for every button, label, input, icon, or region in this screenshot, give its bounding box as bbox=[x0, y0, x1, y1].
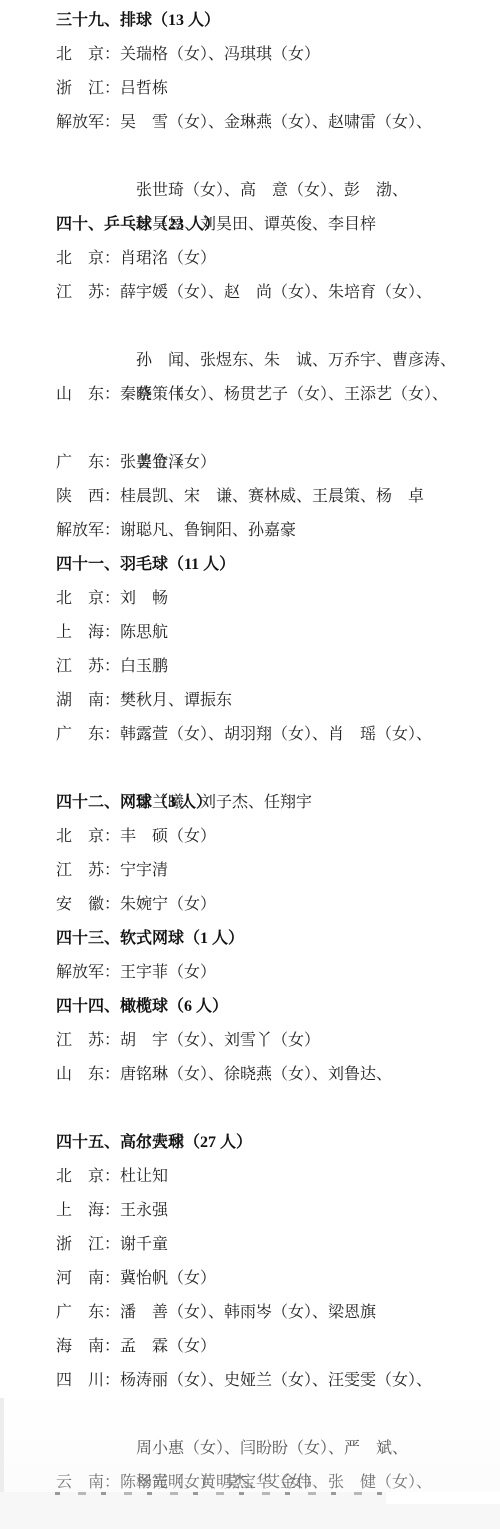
section-title-golf: 四十五、高尔夫球（27 人） bbox=[0, 1126, 500, 1160]
province-label: 湖 南： bbox=[56, 684, 120, 718]
names-line: 吴 雪（女）、金琳燕（女）、赵啸雷（女）、 bbox=[120, 106, 432, 140]
page-bottom-shadow bbox=[0, 1492, 500, 1529]
names-line: 韩露萱（女）、胡羽翔（女）、肖 瑶（女）、 bbox=[120, 718, 432, 752]
page-corner-notch bbox=[386, 1492, 500, 1504]
roster-row: 浙 江： 吕哲栋 bbox=[0, 72, 500, 106]
roster-row: 河 南： 冀怡帆（女） bbox=[0, 1262, 500, 1296]
names-line: 潘 善（女）、韩雨岑（女）、梁恩旗 bbox=[120, 1296, 376, 1330]
roster-row: 江 苏： 薛宇媛（女）、赵 尚（女）、朱培育（女）、 bbox=[0, 276, 500, 310]
province-label: 安 徽： bbox=[56, 888, 120, 922]
roster-row: 安 徽： 朱婉宁（女） bbox=[0, 888, 500, 922]
roster-row: 广 东： 潘 善（女）、韩雨岑（女）、梁恩旗 bbox=[0, 1296, 500, 1330]
roster-row: 山 东： 唐铭琳（女）、徐晓燕（女）、刘鲁达、 bbox=[0, 1058, 500, 1092]
province-label: 江 苏： bbox=[56, 854, 120, 888]
roster-row: 北 京： 关瑞格（女）、冯琪琪（女） bbox=[0, 38, 500, 72]
names-line: 肖珺洺（女） bbox=[120, 242, 216, 276]
roster-row: 上 海： 陈思航 bbox=[0, 616, 500, 650]
names-line: 白玉鹏 bbox=[120, 650, 168, 684]
roster-row: 广 东： 韩露萱（女）、胡羽翔（女）、肖 瑶（女）、 bbox=[0, 718, 500, 752]
roster-row: 广 东： 张美竹（女） bbox=[0, 446, 500, 480]
province-label: 四 川： bbox=[56, 1364, 120, 1398]
roster-row: 四 川： 杨涛丽（女）、史娅兰（女）、汪雯雯（女）、 bbox=[0, 1364, 500, 1398]
names-line: 杨涛丽（女）、史娅兰（女）、汪雯雯（女）、 bbox=[120, 1364, 432, 1398]
cutoff-next-line-artifact bbox=[55, 1492, 430, 1495]
names-line: 周小惠（女）、闫盼盼（女）、严 斌、 bbox=[136, 1440, 408, 1457]
section-title-volleyball: 三十九、排球（13 人） bbox=[0, 4, 500, 38]
province-label: 北 京： bbox=[56, 242, 120, 276]
names-line: 宁宇清 bbox=[120, 854, 168, 888]
province-label: 山 东： bbox=[56, 1058, 120, 1092]
province-label: 浙 江： bbox=[56, 72, 120, 106]
names-line: 孟 霖（女） bbox=[120, 1330, 216, 1364]
names-line: 谢千童 bbox=[120, 1228, 168, 1262]
names-line: 孙 闻、张煜东、朱 诚、万乔宇、曹彦涛、 bbox=[136, 352, 456, 369]
province-label: 江 苏： bbox=[56, 650, 120, 684]
names-line: 桂晨凯、宋 谦、赛林威、王晨策、杨 卓 bbox=[120, 480, 424, 514]
roster-row-continuation: 周小惠（女）、闫盼盼（女）、严 斌、 bbox=[0, 1398, 500, 1432]
province-label: 北 京： bbox=[56, 820, 120, 854]
province-label: 广 东： bbox=[56, 718, 120, 752]
province-label: 河 南： bbox=[56, 1262, 120, 1296]
province-label: 北 京： bbox=[56, 38, 120, 72]
names-line: 谢聪凡、鲁锏阳、孙嘉豪 bbox=[120, 514, 296, 548]
names-line: 陈思航 bbox=[120, 616, 168, 650]
names-line: 王宇菲（女） bbox=[120, 956, 216, 990]
province-label: 北 京： bbox=[56, 582, 120, 616]
roster-row-continuation: 孙 闻、张煜东、朱 诚、万乔宇、曹彦涛、 bbox=[0, 310, 500, 344]
roster-row: 江 苏： 宁宇清 bbox=[0, 854, 500, 888]
roster-row: 海 南： 孟 霖（女） bbox=[0, 1330, 500, 1364]
names-line: 吕哲栋 bbox=[120, 72, 168, 106]
province-label: 解放军： bbox=[56, 106, 120, 140]
province-label: 上 海： bbox=[56, 616, 120, 650]
names-line: 胡 宇（女）、刘雪丫（女） bbox=[120, 1024, 320, 1058]
roster-row-continuation: 曹金泽 bbox=[0, 412, 500, 446]
names-line: 张世琦（女）、高 意（女）、彭 渤、 bbox=[136, 182, 408, 199]
names-line: 冀怡帆（女） bbox=[120, 1262, 216, 1296]
roster-row: 北 京： 杜让知 bbox=[0, 1160, 500, 1194]
province-label: 江 苏： bbox=[56, 1024, 120, 1058]
roster-row-continuation: 张世琦（女）、高 意（女）、彭 渤、 bbox=[0, 140, 500, 174]
roster-row: 江 苏： 白玉鹏 bbox=[0, 650, 500, 684]
roster-row: 江 苏： 胡 宇（女）、刘雪丫（女） bbox=[0, 1024, 500, 1058]
roster-row-continuation: 雷兰曦、刘子杰、任翔宇 bbox=[0, 752, 500, 786]
province-label: 广 东： bbox=[56, 446, 120, 480]
names-line: 朱婉宁（女） bbox=[120, 888, 216, 922]
province-label: 陕 西： bbox=[56, 480, 120, 514]
province-label: 北 京： bbox=[56, 1160, 120, 1194]
province-label: 解放军： bbox=[56, 956, 120, 990]
section-title-badminton: 四十一、羽毛球（11 人） bbox=[0, 548, 500, 582]
names-line: 薛宇媛（女）、赵 尚（女）、朱培育（女）、 bbox=[120, 276, 432, 310]
province-label: 上 海： bbox=[56, 1194, 120, 1228]
names-line: 秦晓策（女）、杨贯艺子（女）、王添艺（女）、 bbox=[120, 378, 448, 412]
names-line: 丰 硕（女） bbox=[120, 820, 216, 854]
roster-row: 北 京： 肖珺洺（女） bbox=[0, 242, 500, 276]
names-line: 刘 畅 bbox=[120, 582, 168, 616]
names-line: 张美竹（女） bbox=[120, 446, 216, 480]
names-line: 杜让知 bbox=[120, 1160, 168, 1194]
roster-row: 上 海： 王永强 bbox=[0, 1194, 500, 1228]
province-label: 海 南： bbox=[56, 1330, 120, 1364]
roster-row: 解放军： 吴 雪（女）、金琳燕（女）、赵啸雷（女）、 bbox=[0, 106, 500, 140]
province-label: 广 东： bbox=[56, 1296, 120, 1330]
province-label: 解放军： bbox=[56, 514, 120, 548]
section-title-rugby: 四十四、橄榄球（6 人） bbox=[0, 990, 500, 1024]
names-line: 王永强 bbox=[120, 1194, 168, 1228]
section-title-soft-tennis: 四十三、软式网球（1 人） bbox=[0, 922, 500, 956]
names-line: 关瑞格（女）、冯琪琪（女） bbox=[120, 38, 320, 72]
roster-row: 陕 西： 桂晨凯、宋 谦、赛林威、王晨策、杨 卓 bbox=[0, 480, 500, 514]
roster-row-continuation: 付营利 bbox=[0, 1092, 500, 1126]
province-label: 山 东： bbox=[56, 378, 120, 412]
names-line: 唐铭琳（女）、徐晓燕（女）、刘鲁达、 bbox=[120, 1058, 392, 1092]
names-line: 樊秋月、谭振东 bbox=[120, 684, 232, 718]
roster-row: 北 京： 刘 畅 bbox=[0, 582, 500, 616]
roster-row: 湖 南： 樊秋月、谭振东 bbox=[0, 684, 500, 718]
province-label: 浙 江： bbox=[56, 1228, 120, 1262]
roster-row: 解放军： 王宇菲（女） bbox=[0, 956, 500, 990]
roster-row: 浙 江： 谢千童 bbox=[0, 1228, 500, 1262]
roster-row: 北 京： 丰 硕（女） bbox=[0, 820, 500, 854]
roster-row: 山 东： 秦晓策（女）、杨贯艺子（女）、王添艺（女）、 bbox=[0, 378, 500, 412]
roster-row: 解放军： 谢聪凡、鲁锏阳、孙嘉豪 bbox=[0, 514, 500, 548]
document-page: 三十九、排球（13 人） 北 京： 关瑞格（女）、冯琪琪（女） 浙 江： 吕哲栋… bbox=[0, 4, 500, 1500]
province-label: 江 苏： bbox=[56, 276, 120, 310]
